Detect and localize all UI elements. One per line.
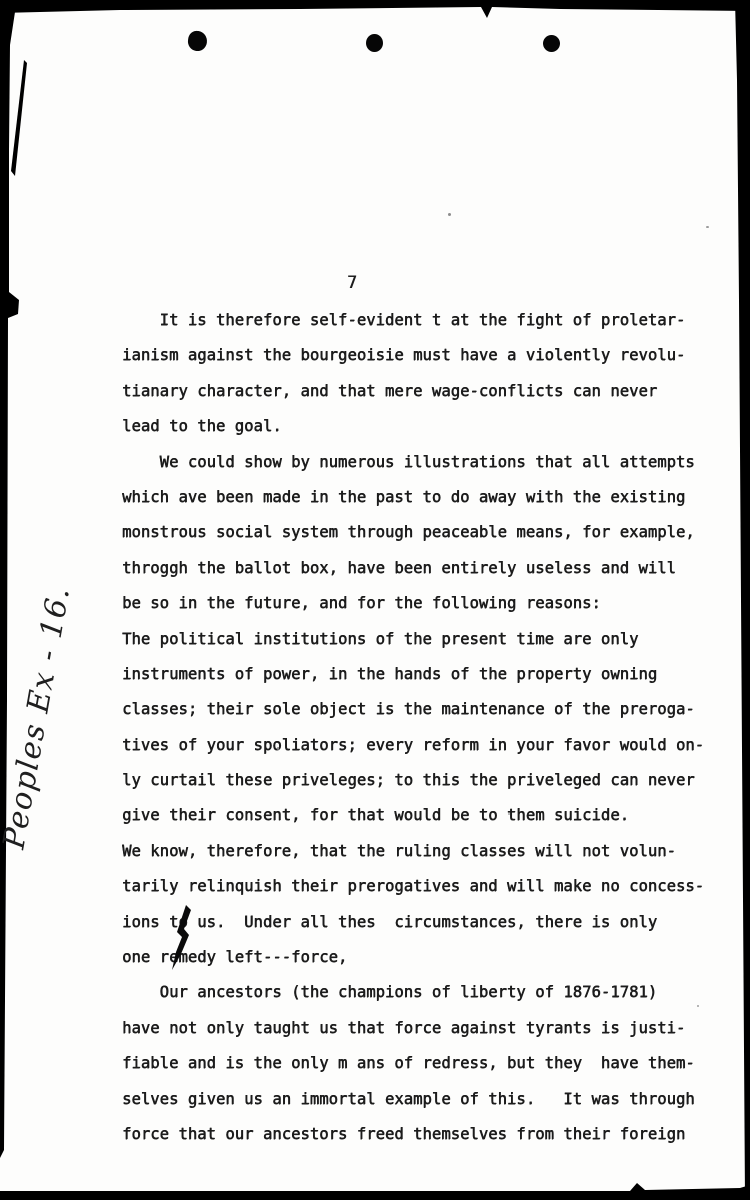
text-line: classes; their sole object is the mainte… bbox=[122, 692, 704, 727]
text-line: lead to the goal. bbox=[122, 409, 704, 444]
text-line: monstrous social system through peaceabl… bbox=[122, 515, 704, 550]
scan-speck bbox=[277, 747, 279, 750]
hole-punch-icon bbox=[187, 30, 209, 52]
scanned-document-page: 7 It is therefore self-evident t at the … bbox=[0, 0, 750, 1200]
hole-punch-icon bbox=[366, 34, 383, 52]
text-line: tarily relinquish their prerogatives and… bbox=[122, 869, 704, 904]
text-line: have not only taught us that force again… bbox=[122, 1011, 704, 1046]
text-line: throggh the ballot box, have been entire… bbox=[122, 551, 704, 586]
text-line: Our ancestors (the champions of liberty … bbox=[122, 975, 704, 1010]
text-line: The political institutions of the presen… bbox=[122, 622, 704, 657]
ink-blot bbox=[168, 902, 198, 974]
scan-speck bbox=[448, 213, 451, 216]
text-line: ly curtail these priveleges; to this the… bbox=[122, 763, 704, 798]
text-line: give their consent, for that would be to… bbox=[122, 798, 704, 833]
text-line: be so in the future, and for the followi… bbox=[122, 586, 704, 621]
text-line: one remedy left---force, bbox=[122, 940, 704, 975]
text-line: tianary character, and that mere wage-co… bbox=[122, 374, 704, 409]
typewritten-text: It is therefore self-evident t at the fi… bbox=[122, 303, 704, 1152]
text-line: tives of your spoliators; every reform i… bbox=[122, 728, 704, 763]
scan-speck bbox=[508, 813, 510, 815]
scan-speck bbox=[706, 226, 709, 228]
text-line: ions to us. Under all thes circumstances… bbox=[122, 905, 704, 940]
text-line: We could show by numerous illustrations … bbox=[122, 445, 704, 480]
text-line: force that our ancestors freed themselve… bbox=[122, 1117, 704, 1152]
page-number: 7 bbox=[347, 273, 357, 292]
exhibit-label-handwriting: Peoples Ex - 16. bbox=[0, 583, 80, 852]
text-line: which ave been made in the past to do aw… bbox=[122, 480, 704, 515]
scan-speck bbox=[697, 1005, 699, 1007]
text-line: instruments of power, in the hands of th… bbox=[122, 657, 704, 692]
text-line: We know, therefore, that the ruling clas… bbox=[122, 834, 704, 869]
hole-punch-icon bbox=[543, 35, 560, 52]
text-line: It is therefore self-evident t at the fi… bbox=[122, 303, 704, 338]
text-line: selves given us an immortal example of t… bbox=[122, 1082, 704, 1117]
text-line: fiable and is the only m ans of redress,… bbox=[122, 1046, 704, 1081]
text-line: ianism against the bourgeoisie must have… bbox=[122, 338, 704, 373]
